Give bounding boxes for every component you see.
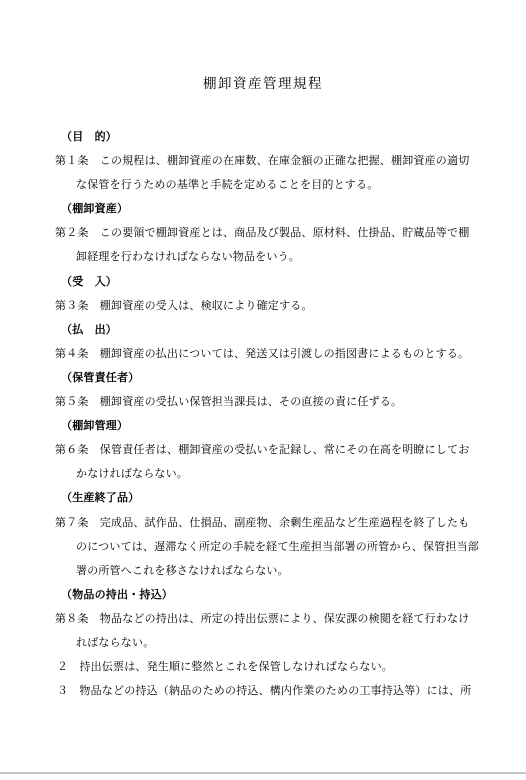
sub-item-line: ２ 持出伝票は、発生順に整然とこれを保管しなければならない。 bbox=[0, 655, 526, 679]
document-body: （目 的）第１条 この規程は、棚卸資産の在庫数、在庫金額の正確な把握、棚卸資産の… bbox=[0, 125, 526, 703]
section-heading: （受 入） bbox=[0, 270, 526, 294]
sub-item-line: ３ 物品などの持込（納品のための持込、構内作業のための工事持込等）には、所 bbox=[0, 679, 526, 703]
section-heading: （棚卸管理） bbox=[0, 414, 526, 438]
article-line: 第４条 棚卸資産の払出については、発送又は引渡しの指図書によるものとする。 bbox=[0, 342, 526, 366]
continuation-line: 卸経理を行わなければならない物品をいう。 bbox=[0, 245, 526, 269]
article-line: 第２条 この要領で棚卸資産とは、商品及び製品、原材料、仕掛品、貯蔵品等で棚 bbox=[0, 221, 526, 245]
article-line: 第１条 この規程は、棚卸資産の在庫数、在庫金額の正確な把握、棚卸資産の適切 bbox=[0, 149, 526, 173]
article-line: 第５条 棚卸資産の受払い保管担当課長は、その直接の責に任ずる。 bbox=[0, 390, 526, 414]
article-line: 第３条 棚卸資産の受入は、検収により確定する。 bbox=[0, 294, 526, 318]
section-heading: （目 的） bbox=[0, 125, 526, 149]
section-heading: （払 出） bbox=[0, 318, 526, 342]
article-line: 第６条 保管責任者は、棚卸資産の受払いを記録し、常にその在高を明瞭にしてお bbox=[0, 438, 526, 462]
section-heading: （棚卸資産） bbox=[0, 197, 526, 221]
continuation-line: 署の所管へこれを移さなければならない。 bbox=[0, 559, 526, 583]
page-bottom-edge bbox=[0, 772, 526, 774]
continuation-line: な保管を行うための基準と手続を定めることを目的とする。 bbox=[0, 173, 526, 197]
document-page: 棚卸資産管理規程 （目 的）第１条 この規程は、棚卸資産の在庫数、在庫金額の正確… bbox=[0, 0, 526, 780]
section-heading: （生産終了品） bbox=[0, 486, 526, 510]
continuation-line: ればならない。 bbox=[0, 631, 526, 655]
continuation-line: のについては、遅滞なく所定の手続を経て生産担当部署の所管から、保管担当部 bbox=[0, 535, 526, 559]
document-title: 棚卸資産管理規程 bbox=[0, 72, 526, 92]
section-heading: （保管責任者） bbox=[0, 366, 526, 390]
article-line: 第８条 物品などの持出は、所定の持出伝票により、保安課の検閲を経て行わなけ bbox=[0, 607, 526, 631]
continuation-line: かなければならない。 bbox=[0, 462, 526, 486]
section-heading: （物品の持出・持込） bbox=[0, 583, 526, 607]
article-line: 第７条 完成品、試作品、仕損品、副産物、余剰生産品など生産過程を終了したも bbox=[0, 511, 526, 535]
